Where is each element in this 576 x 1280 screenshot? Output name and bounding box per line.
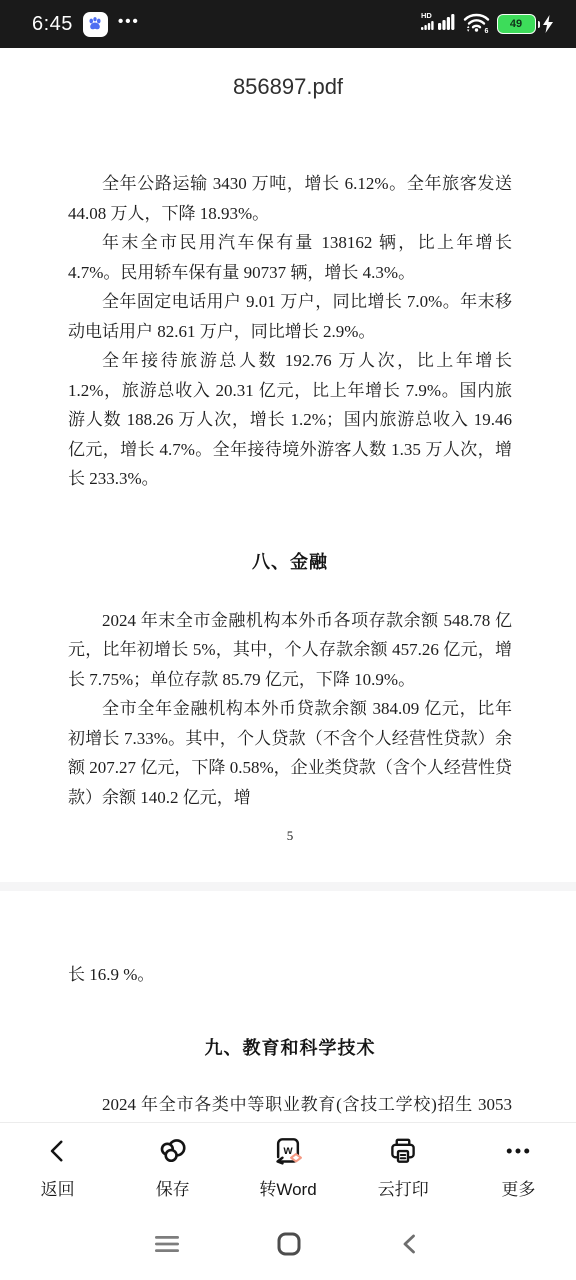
signal-hd-icon: HD	[420, 10, 456, 39]
section-heading-education: 九、教育和科学技术	[68, 1034, 512, 1060]
paragraph-civil-vehicles: 年末全市民用汽车保有量 138162 辆，比上年增长 4.7%。民用轿车保有量 …	[68, 228, 512, 287]
paragraph-loans: 全市全年金融机构本外币贷款余额 384.09 亿元，比年初增长 7.33%。其中…	[68, 694, 512, 812]
battery-percent: 49	[510, 18, 522, 30]
paragraph-road-transport: 全年公路运输 3430 万吨，增长 6.12%。全年旅客发送 44.08 万人，…	[68, 169, 512, 228]
paragraph-vocational-education: 2024 年全市各类中等职业教育(含技工学校)招生 3053 人，比上年增长 2…	[68, 1090, 512, 1123]
svg-text:w: w	[282, 1144, 293, 1157]
charging-bolt-icon	[542, 15, 554, 33]
more-label: 更多	[501, 1175, 535, 1200]
back-label: 返回	[41, 1175, 75, 1200]
notification-dots-icon: •••	[118, 14, 140, 35]
svg-text:6: 6	[484, 28, 488, 34]
save-icon	[158, 1136, 188, 1166]
section-heading-finance: 八、金融	[68, 548, 512, 574]
baidu-paw-icon	[83, 12, 108, 37]
pdf-page-view[interactable]: 全年公路运输 3430 万吨，增长 6.12%。全年旅客发送 44.08 万人，…	[0, 125, 576, 1122]
back-icon	[45, 1136, 71, 1166]
paragraph-tourism: 全年接待旅游总人数 192.76 万人次，比上年增长 1.2%，旅游总收入 20…	[68, 346, 512, 494]
page-separator	[0, 882, 576, 891]
phone-screen: 6:45 ••• HD	[0, 0, 576, 1280]
paragraph-telephone-users: 全年固定电话用户 9.01 万户，同比增长 7.0%。年末移动电话用户 82.6…	[68, 287, 512, 346]
android-nav-bar	[0, 1212, 576, 1280]
save-button[interactable]: 保存	[115, 1123, 230, 1212]
more-button[interactable]: 更多	[461, 1123, 576, 1212]
to-word-icon: w	[272, 1136, 304, 1166]
wifi-6-icon: 6	[463, 10, 490, 39]
status-bar: 6:45 ••• HD	[0, 0, 576, 48]
pdf-page-5: 全年公路运输 3430 万吨，增长 6.12%。全年旅客发送 44.08 万人，…	[0, 125, 576, 844]
home-icon[interactable]	[276, 1231, 302, 1262]
back-button[interactable]: 返回	[0, 1123, 115, 1212]
battery-icon: 49	[497, 14, 555, 34]
cloud-print-label: 云打印	[378, 1175, 429, 1200]
paragraph-deposits: 2024 年末全市金融机构本外币各项存款余额 548.78 亿元，比年初增长 5…	[68, 606, 512, 695]
cloud-print-icon	[388, 1136, 418, 1166]
cloud-print-button[interactable]: 云打印	[346, 1123, 461, 1212]
document-title: 856897.pdf	[0, 48, 576, 125]
paragraph-carryover: 长 16.9 %。	[68, 960, 512, 990]
pdf-toolbar: 返回 保存 w 转Word	[0, 1122, 576, 1212]
pdf-page-6: 长 16.9 %。 九、教育和科学技术 2024 年全市各类中等职业教育(含技工…	[0, 891, 576, 1122]
convert-to-word-label: 转Word	[259, 1175, 316, 1200]
recents-menu-icon[interactable]	[154, 1233, 180, 1260]
more-icon	[503, 1136, 533, 1166]
save-label: 保存	[156, 1175, 190, 1200]
clock: 6:45	[32, 13, 73, 36]
nav-back-icon[interactable]	[398, 1232, 422, 1261]
page-number: 5	[68, 828, 512, 844]
convert-to-word-button[interactable]: w 转Word	[230, 1123, 345, 1212]
svg-text:HD: HD	[421, 11, 432, 20]
